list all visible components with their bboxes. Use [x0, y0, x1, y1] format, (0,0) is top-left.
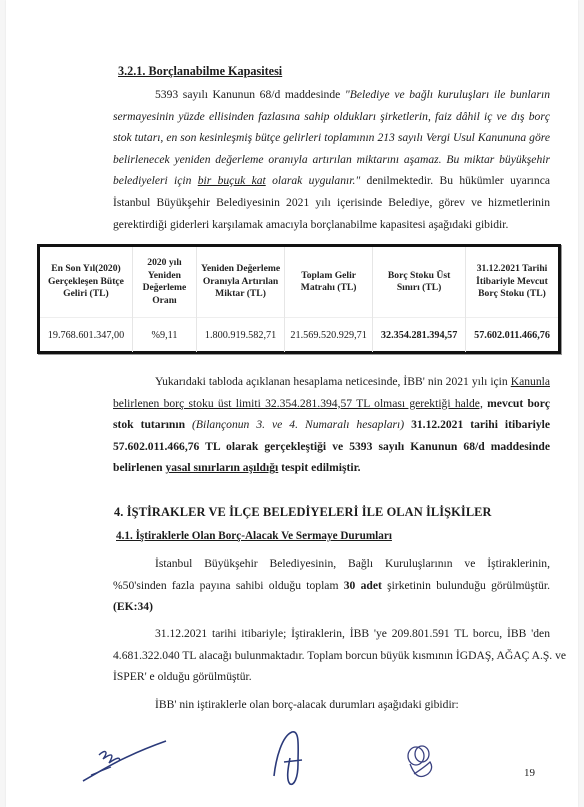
table-header-row: En Son Yıl(2020) Gerçekleşen Bütçe Gelir… — [40, 247, 558, 318]
document-page: 3.2.1. Borçlanabilme Kapasitesi 5393 say… — [6, 0, 578, 807]
section-title-affiliates: 4. İŞTİRAKLER VE İLÇE BELEDİYELERİ İLE O… — [114, 505, 492, 520]
paragraph-companies: İstanbul Büyükşehir Belediyesinin, Bağlı… — [113, 553, 550, 618]
table-cell: 57.602.011.466,76 — [466, 318, 558, 353]
table-cell: 1.800.919.582,71 — [197, 318, 285, 353]
paragraph-conclusion: Yukarıdaki tabloda açıklanan hesaplama n… — [113, 371, 550, 479]
subsection-title-debt-receivable: 4.1. İştiraklerle Olan Borç-Alacak Ve Se… — [116, 530, 392, 542]
table-header: En Son Yıl(2020) Gerçekleşen Bütçe Gelir… — [40, 247, 132, 318]
table-header: Toplam Gelir Matrahı (TL) — [285, 247, 373, 318]
signature-3-icon — [404, 744, 438, 782]
table-header: 2020 yılı Yeniden Değerleme Oranı — [132, 247, 196, 318]
table-cell: 19.768.601.347,00 — [40, 318, 132, 353]
paragraph-law-quote: 5393 sayılı Kanunun 68/d maddesinde "Bel… — [113, 84, 550, 235]
section-title-borrowing-capacity: 3.2.1. Borçlanabilme Kapasitesi — [118, 64, 282, 79]
borrowing-capacity-table: En Son Yıl(2020) Gerçekleşen Bütçe Gelir… — [37, 244, 561, 354]
paragraph-intro-next-table: İBB' nin iştiraklerle olan borç-alacak d… — [113, 694, 550, 716]
signature-2-icon — [268, 728, 308, 790]
table-cell: %9,11 — [132, 318, 196, 353]
table-header: 31.12.2021 Tarihi İtibariyle Mevcut Borç… — [466, 247, 558, 318]
paragraph-debt-amounts: 31.12.2021 tarihi itibariyle; İştirakler… — [113, 623, 550, 688]
signature-1-icon — [81, 735, 171, 785]
table-header: Yeniden Değerleme Oranıyla Artırılan Mik… — [197, 247, 285, 318]
table-row: 19.768.601.347,00 %9,11 1.800.919.582,71… — [40, 318, 558, 353]
page-number: 19 — [524, 767, 535, 779]
table-header: Borç Stoku Üst Sınırı (TL) — [373, 247, 466, 318]
table-cell: 32.354.281.394,57 — [373, 318, 466, 353]
table-cell: 21.569.520.929,71 — [285, 318, 373, 353]
